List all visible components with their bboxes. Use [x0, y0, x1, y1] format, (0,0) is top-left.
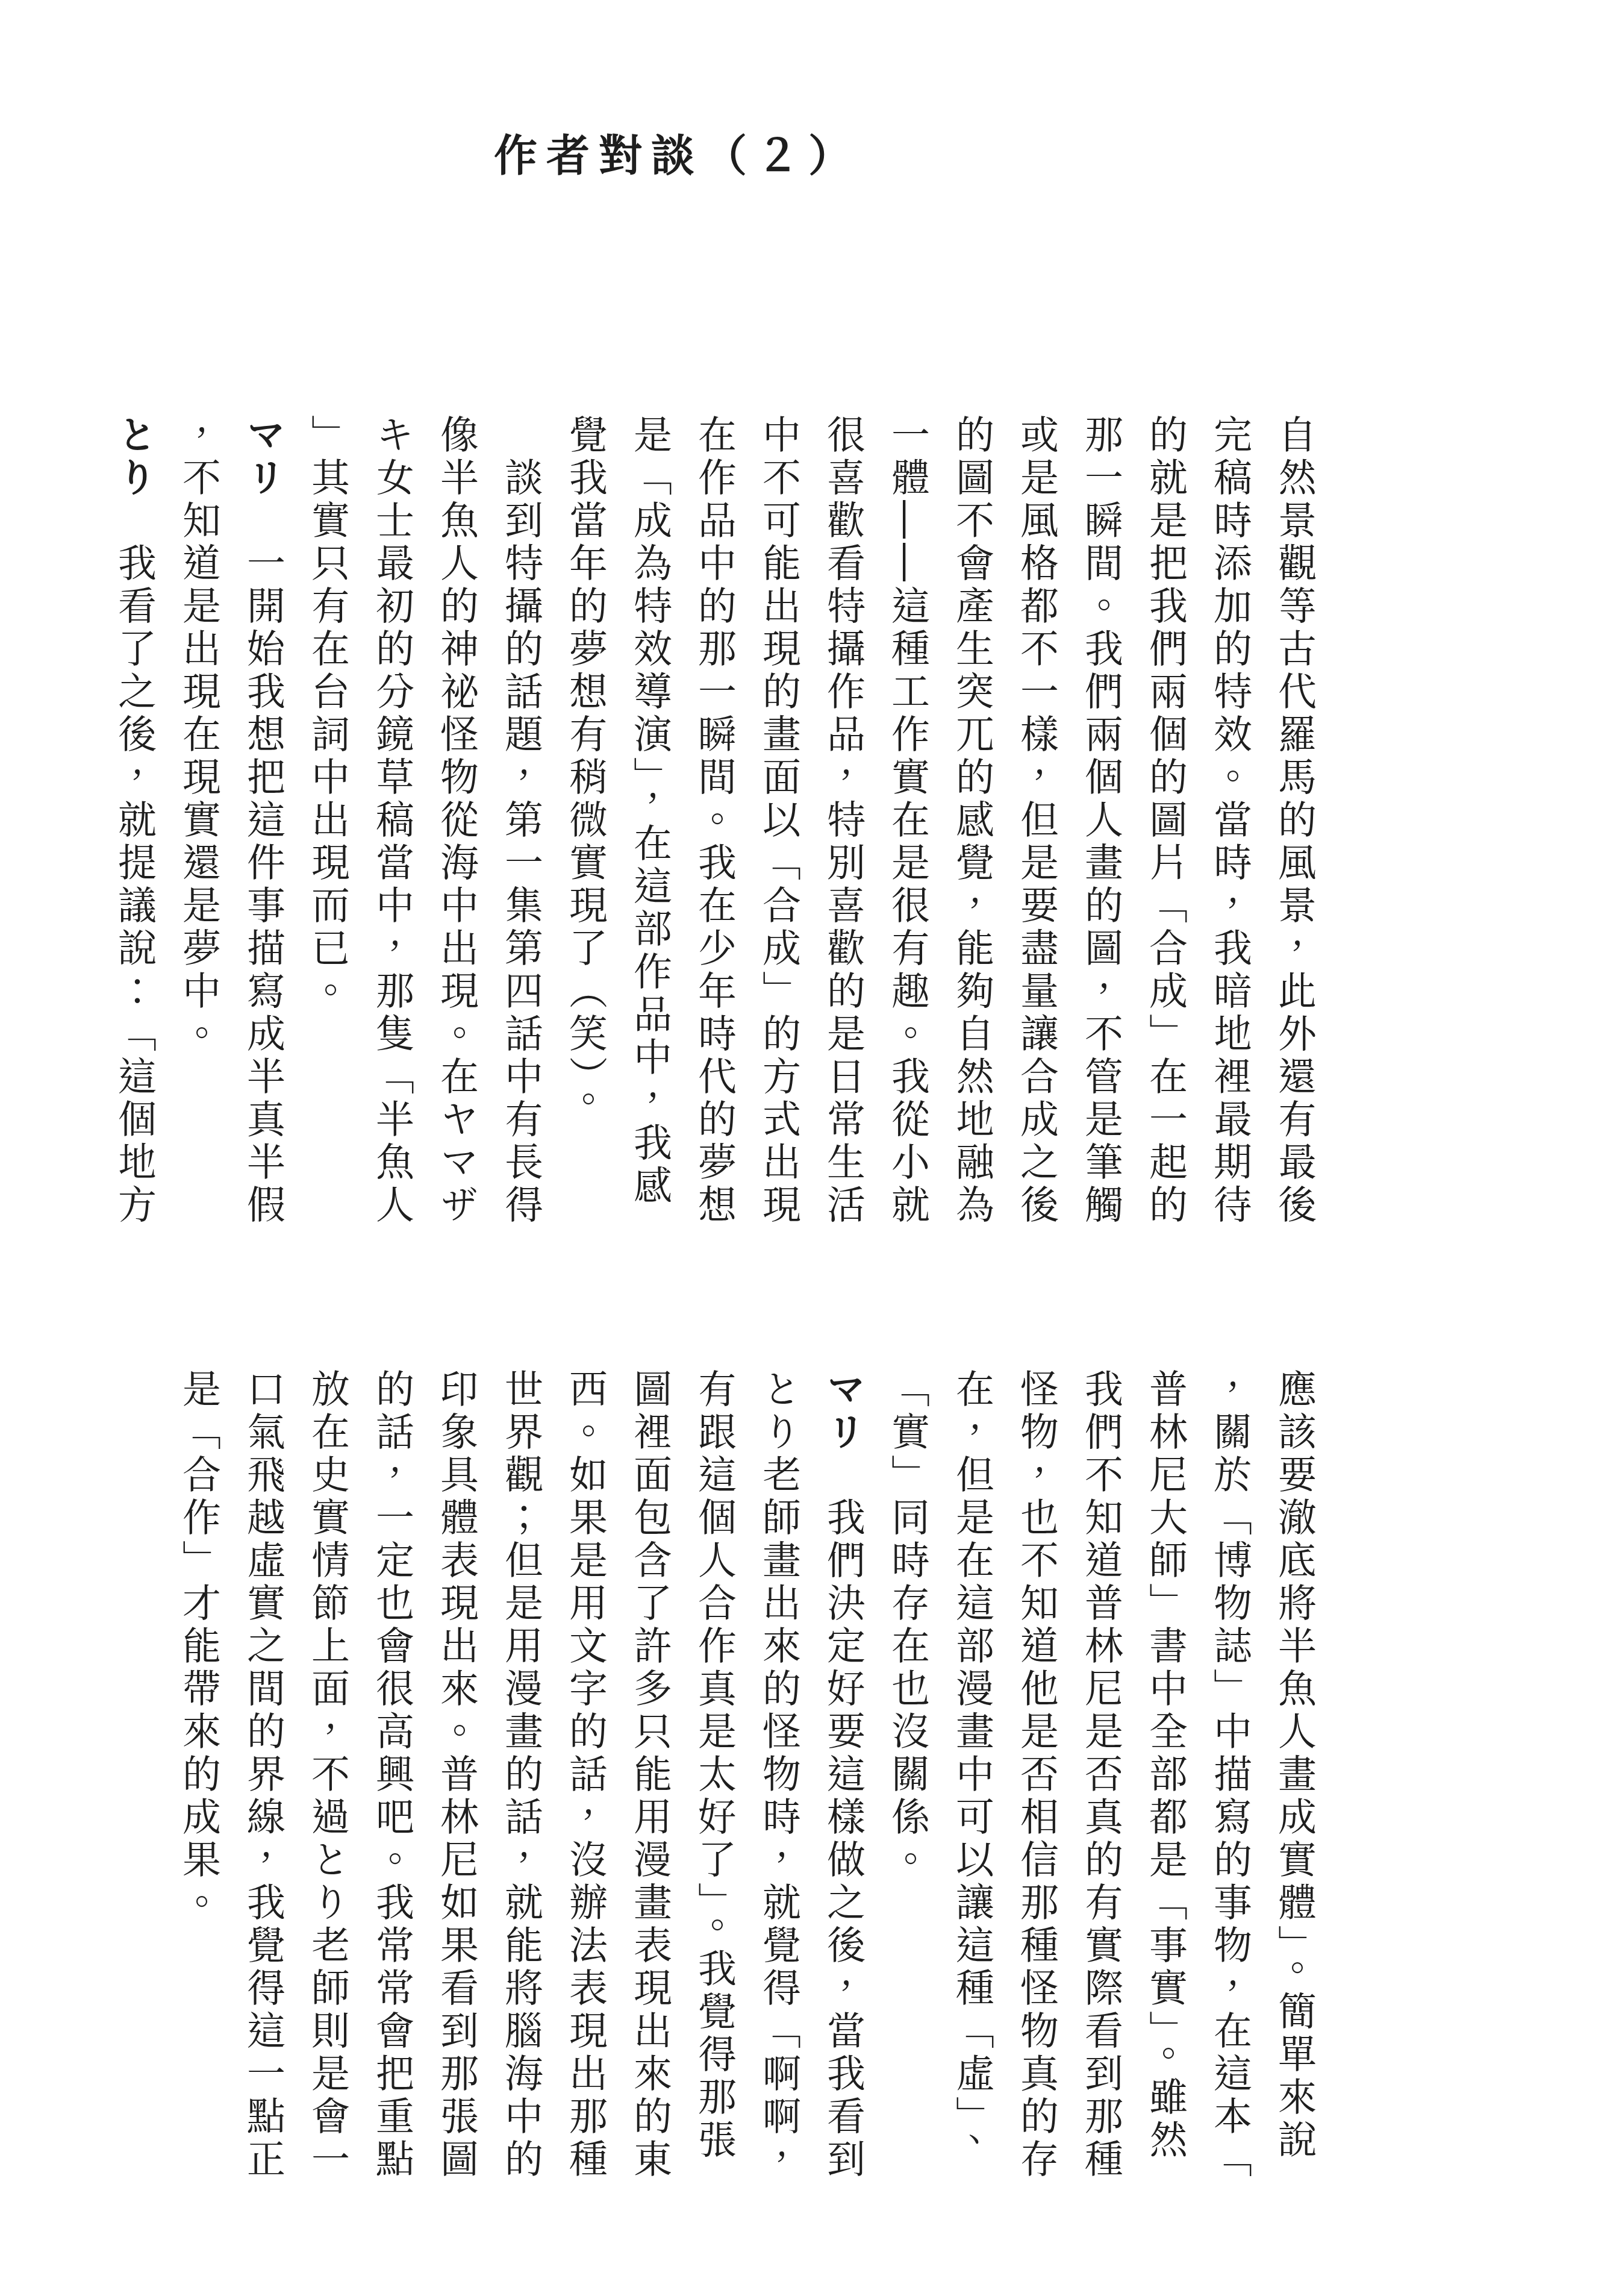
- speaker-name: マリ: [822, 1369, 865, 1454]
- speaker-name: とり: [113, 414, 156, 500]
- paragraph: とり 我看了之後，就提議說：「這個地方: [102, 414, 166, 1228]
- paragraph: 應該要澈底將半魚人畫成實體」。簡單來說，關於「博物誌」中描寫的事物，在這本「普林…: [875, 1369, 1326, 2182]
- speaker-name: マリ: [242, 414, 285, 500]
- dialogue-top-block: 自然景觀等古代羅馬的風景，此外還有最後完稿時添加的特效。當時，我暗地裡最期待的就…: [102, 414, 1326, 1228]
- paragraph: マリ 一開始我想把這件事描寫成半真半假，不知道是出現在現實還是夢中。: [166, 414, 295, 1228]
- paragraph: 自然景觀等古代羅馬的風景，此外還有最後完稿時添加的特效。當時，我暗地裡最期待的就…: [553, 414, 1326, 1228]
- dialogue-bottom-block: 應該要澈底將半魚人畫成實體」。簡單來說，關於「博物誌」中描寫的事物，在這本「普林…: [166, 1369, 1326, 2182]
- paragraph: マリ 我們決定好要這樣做之後，當我看到とり老師畫出來的怪物時，就覺得「啊啊，有跟…: [166, 1369, 875, 2182]
- book-page: 作者對談（２） 自然景觀等古代羅馬的風景，此外還有最後完稿時添加的特效。當時，我…: [0, 0, 1622, 2296]
- page-title: 作者對談（２）: [494, 120, 861, 183]
- paragraph: 談到特攝的話題，第一集第四話中有長得像半魚人的神祕怪物從海中出現。在ヤマザキ女士…: [295, 414, 553, 1228]
